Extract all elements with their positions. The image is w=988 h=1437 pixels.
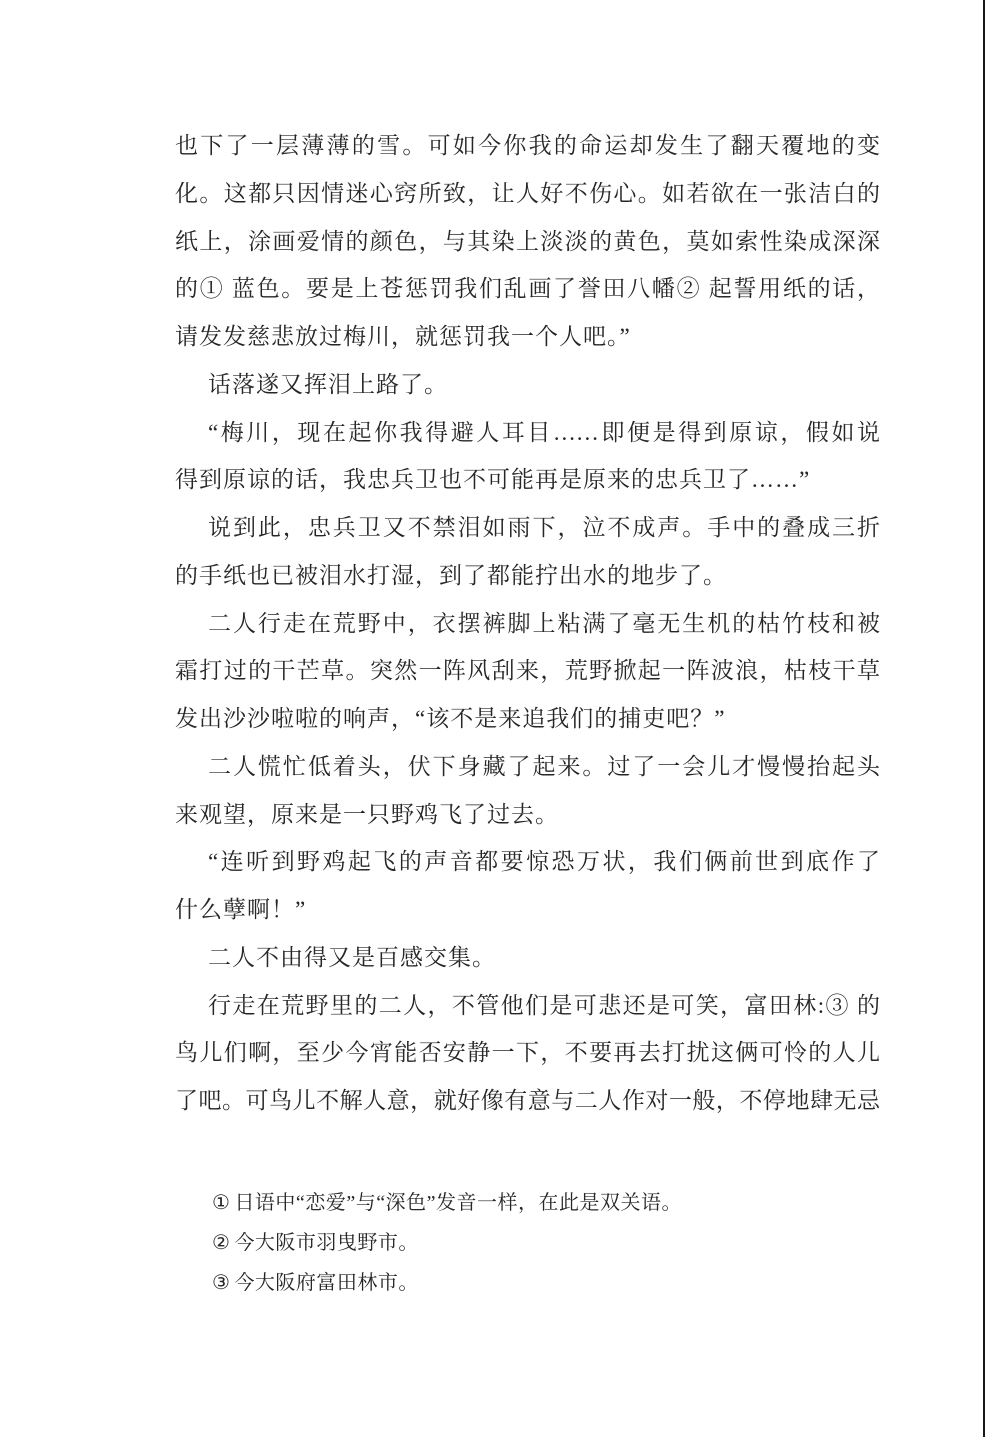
footnote-text: 日语中“恋爱”与“深色”发音一样，在此是双关语。 <box>234 1192 682 1214</box>
footnotes: ①日语中“恋爱”与“深色”发音一样，在此是双关语。②今大阪市羽曳野市。③今大阪府… <box>212 1183 772 1303</box>
text-line: 话落遂又挥泪上路了。 <box>175 361 880 409</box>
text-line: 行走在荒野里的二人，不管他们是可悲还是可笑，富田林:③ 的 <box>175 982 880 1030</box>
text-line: 鸟儿们啊，至少今宵能否安静一下，不要再去打扰这俩可怜的人儿 <box>175 1029 880 1077</box>
text-line: “连听到野鸡起飞的声音都要惊恐万状，我们俩前世到底作了 <box>175 838 880 886</box>
text-line: 请发发慈悲放过梅川，就惩罚我一个人吧。” <box>175 313 880 361</box>
text-line: 发出沙沙啦啦的响声，“该不是来追我们的捕吏吧？” <box>175 695 880 743</box>
footnote-marker: ① <box>212 1192 230 1214</box>
text-line: 的① 蓝色。要是上苍惩罚我们乱画了誉田八幡② 起誓用纸的话， <box>175 265 880 313</box>
text-line: 来观望，原来是一只野鸡飞了过去。 <box>175 791 880 839</box>
text-line: 什么孽啊！” <box>175 886 880 934</box>
text-line: 也下了一层薄薄的雪。可如今你我的命运却发生了翻天覆地的变 <box>175 122 880 170</box>
text-line: 纸上，涂画爱情的颜色，与其染上淡淡的黄色，莫如索性染成深深 <box>175 218 880 266</box>
text-line: 了吧。可鸟儿不解人意，就好像有意与二人作对一般，不停地肆无忌 <box>175 1077 880 1125</box>
footnote: ②今大阪市羽曳野市。 <box>212 1223 772 1263</box>
text-line: 说到此，忠兵卫又不禁泪如雨下，泣不成声。手中的叠成三折 <box>175 504 880 552</box>
footnote-text: 今大阪市羽曳野市。 <box>234 1232 419 1254</box>
footnote-text: 今大阪府富田林市。 <box>234 1272 419 1294</box>
text-line: 的手纸也已被泪水打湿，到了都能拧出水的地步了。 <box>175 552 880 600</box>
text-line: 二人行走在荒野中，衣摆裤脚上粘满了毫无生机的枯竹枝和被 <box>175 600 880 648</box>
text-line: 得到原谅的话，我忠兵卫也不可能再是原来的忠兵卫了……” <box>175 456 880 504</box>
footnote: ③今大阪府富田林市。 <box>212 1263 772 1303</box>
text-line: “梅川，现在起你我得避人耳目……即便是得到原谅，假如说 <box>175 409 880 457</box>
footnote: ①日语中“恋爱”与“深色”发音一样，在此是双关语。 <box>212 1183 772 1223</box>
text-line: 化。这都只因情迷心窍所致，让人好不伤心。如若欲在一张洁白的 <box>175 170 880 218</box>
text-line: 二人慌忙低着头，伏下身藏了起来。过了一会儿才慢慢抬起头 <box>175 743 880 791</box>
footnote-marker: ③ <box>212 1272 230 1294</box>
book-page: 也下了一层薄薄的雪。可如今你我的命运却发生了翻天覆地的变化。这都只因情迷心窍所致… <box>0 0 988 1437</box>
body-text: 也下了一层薄薄的雪。可如今你我的命运却发生了翻天覆地的变化。这都只因情迷心窍所致… <box>175 122 880 1125</box>
page-edge-line <box>983 0 985 1437</box>
text-line: 二人不由得又是百感交集。 <box>175 934 880 982</box>
text-line: 霜打过的干芒草。突然一阵风刮来，荒野掀起一阵波浪，枯枝干草 <box>175 647 880 695</box>
footnote-marker: ② <box>212 1232 230 1254</box>
